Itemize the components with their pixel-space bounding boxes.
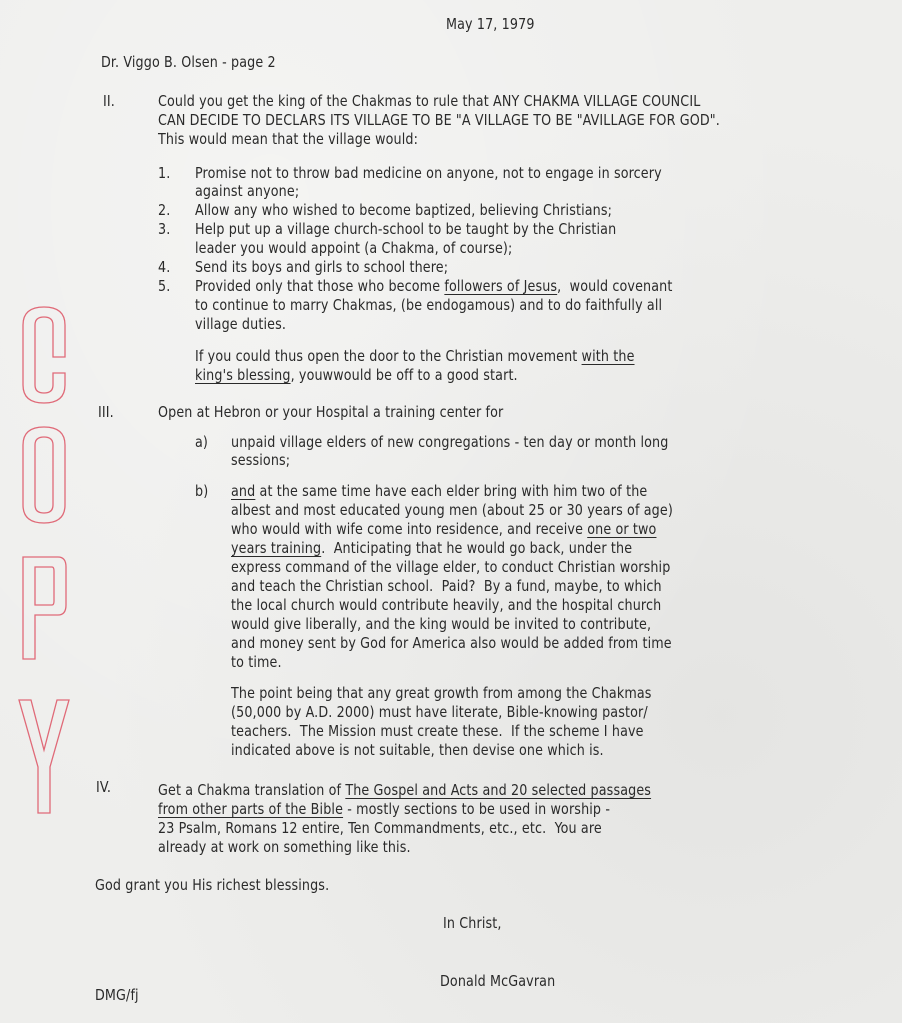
list-item-number: 4. (158, 258, 170, 276)
list-item-number: 2. (158, 201, 170, 219)
list-item-text: Provided only that those who become foll… (195, 277, 672, 295)
section-ii-line: Could you get the king of the Chakmas to… (158, 92, 700, 110)
section-iii-point: The point being that any great growth fr… (231, 684, 652, 702)
underlined-text: from other parts of the Bible (158, 800, 343, 818)
sub-item-text: and money sent by God for America also w… (231, 634, 672, 652)
section-iv-line: Get a Chakma translation of The Gospel a… (158, 781, 651, 799)
section-iv-line: from other parts of the Bible - mostly s… (158, 800, 610, 818)
text-run: at the same time have each elder bring w… (255, 482, 647, 500)
sub-item-text: albest and most educated young men (abou… (231, 501, 673, 519)
section-ii-closing: king's blessing, youwwould be off to a g… (195, 366, 518, 384)
signature: Donald McGavran (440, 972, 555, 990)
section-numeral-ii: II. (103, 92, 115, 110)
list-item-text: Promise not to throw bad medicine on any… (195, 164, 662, 182)
section-iii-intro: Open at Hebron or your Hospital a traini… (158, 403, 503, 421)
section-ii-closing: If you could thus open the door to the C… (195, 347, 635, 365)
sub-item-label: b) (195, 482, 208, 500)
sub-item-text: unpaid village elders of new congregatio… (231, 433, 668, 451)
copy-stamp-icon (18, 305, 70, 815)
underlined-text: one or two (587, 520, 656, 538)
list-item-number: 3. (158, 220, 170, 238)
list-item-text: leader you would appoint (a Chakma, of c… (195, 239, 512, 257)
text-run: , would covenant (557, 277, 672, 295)
page-header: Dr. Viggo B. Olsen - page 2 (101, 53, 276, 71)
sub-item-label: a) (195, 433, 208, 451)
sub-item-text: would give liberally, and the king would… (231, 615, 651, 633)
underlined-text: and (231, 482, 255, 500)
text-run: If you could thus open the door to the C… (195, 347, 582, 365)
sub-item-text: sessions; (231, 451, 290, 469)
valediction: In Christ, (443, 914, 502, 932)
underlined-text: The Gospel and Acts and 20 selected pass… (345, 781, 651, 799)
list-item-number: 1. (158, 164, 170, 182)
section-ii-line: This would mean that the village would: (158, 130, 418, 148)
list-item-number: 5. (158, 277, 170, 295)
text-run: . Anticipating that he would go back, un… (321, 539, 632, 557)
sub-item-text: who would with wife come into residence,… (231, 520, 656, 538)
section-iii-point: teachers. The Mission must create these.… (231, 722, 644, 740)
list-item-text: Allow any who wished to become baptized,… (195, 201, 612, 219)
section-iii-point: (50,000 by A.D. 2000) must have literate… (231, 703, 648, 721)
section-ii-line: CAN DECIDE TO DECLARS ITS VILLAGE TO BE … (158, 111, 720, 129)
section-numeral-iii: III. (98, 403, 114, 421)
section-numeral-iv: IV. (96, 778, 111, 796)
list-item-text: Send its boys and girls to school there; (195, 258, 448, 276)
sub-item-text: years training. Anticipating that he wou… (231, 539, 632, 557)
text-run: who would with wife come into residence,… (231, 520, 587, 538)
list-item-text: to continue to marry Chakmas, (be endoga… (195, 296, 662, 314)
underlined-text: with the (582, 347, 635, 365)
list-item-text: against anyone; (195, 182, 299, 200)
underlined-text: king's blessing (195, 366, 291, 384)
text-run: - mostly sections to be used in worship … (343, 800, 610, 818)
underlined-text: followers of Jesus (444, 277, 557, 295)
list-item-text: village duties. (195, 315, 286, 333)
underlined-text: years training (231, 539, 321, 557)
letter-date: May 17, 1979 (446, 15, 535, 33)
list-item-text: Help put up a village church-school to b… (195, 220, 616, 238)
sub-item-text: to time. (231, 653, 282, 671)
section-iii-point: indicated above is not suitable, then de… (231, 741, 604, 759)
typist-initials: DMG/fj (95, 986, 139, 1004)
section-iv-line: 23 Psalm, Romans 12 entire, Ten Commandm… (158, 819, 602, 837)
copy-stamp (18, 305, 70, 815)
sub-item-text: express command of the village elder, to… (231, 558, 670, 576)
letter-page: May 17, 1979 Dr. Viggo B. Olsen - page 2… (0, 0, 902, 1023)
blessing: God grant you His richest blessings. (95, 876, 329, 894)
sub-item-text: and at the same time have each elder bri… (231, 482, 647, 500)
section-iv-line: already at work on something like this. (158, 838, 411, 856)
text-run: , youwwould be off to a good start. (291, 366, 518, 384)
sub-item-text: and teach the Christian school. Paid? By… (231, 577, 662, 595)
text-run: Provided only that those who become (195, 277, 444, 295)
text-run: Get a Chakma translation of (158, 781, 345, 799)
sub-item-text: the local church would contribute heavil… (231, 596, 661, 614)
